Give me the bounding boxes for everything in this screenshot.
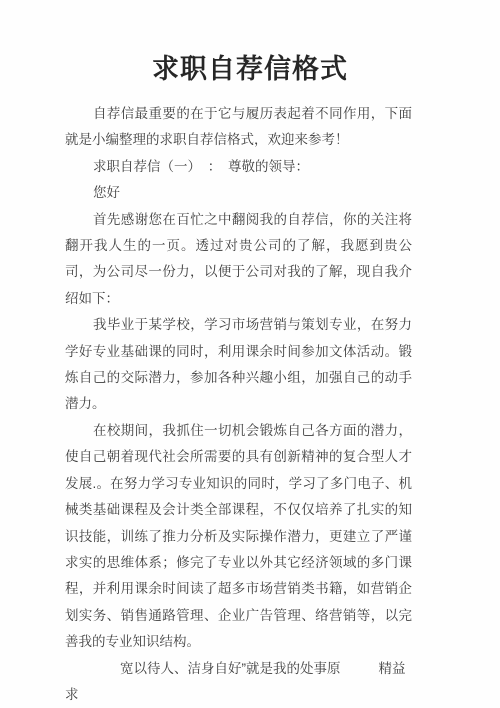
letter-heading: 求职自荐信（一） ： 尊敬的领导： bbox=[65, 154, 412, 180]
document-title: 求职自荐信格式 bbox=[0, 0, 500, 87]
intro-paragraph: 自荐信最重要的在于它与履历表起着不同作用，下面就是小编整理的求职自荐信格式，欢迎… bbox=[65, 101, 412, 154]
letter-paragraph-1: 首先感谢您在百忙之中翻阅我的自荐信，你的关注将翻开我人生的一页。透过对贵公司的了… bbox=[65, 207, 412, 313]
greeting-line: 您好 bbox=[65, 180, 412, 206]
closing-line-left: 宽以待人、洁身自好”就是我的处事原 bbox=[120, 661, 341, 676]
document-body: 自荐信最重要的在于它与履历表起着不同作用，下面就是小编整理的求职自荐信格式，欢迎… bbox=[65, 101, 412, 708]
letter-paragraph-3: 在校期间，我抓住一切机会锻炼自己各方面的潜力，使自己朝着现代社会所需要的具有创新… bbox=[65, 418, 412, 656]
letter-paragraph-2: 我毕业于某学校，学习市场营销与策划专业，在努力学好专业基础课的同时，利用课余时间… bbox=[65, 312, 412, 418]
closing-line: 宽以待人、洁身自好”就是我的处事原精益求 bbox=[65, 656, 412, 708]
document-page: 求职自荐信格式 自荐信最重要的在于它与履历表起着不同作用，下面就是小编整理的求职… bbox=[0, 0, 500, 708]
